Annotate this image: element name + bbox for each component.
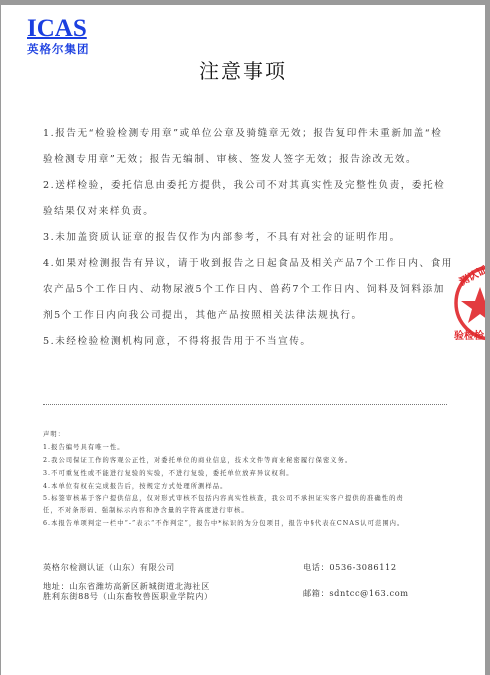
logo-mark: ICAS <box>27 17 90 41</box>
footer-contact: 电话：0536-3086112 邮箱：sdntcc@163.com <box>303 561 409 599</box>
dotted-divider <box>43 404 447 405</box>
phone-number: 电话：0536-3086112 <box>303 561 409 573</box>
address-line-1: 地址：山东省潍坊高新区新城街道北海社区 <box>43 581 283 591</box>
logo-subtitle: 英格尔集团 <box>27 42 90 56</box>
company-logo: ICAS 英格尔集团 <box>27 17 90 56</box>
declaration-item: 3.不可重复性或不能进行复验的实验，不进行复验，委托单位放弃异议权利。 <box>43 467 463 480</box>
declaration-item: 5.标签审核基于客户提供信息，仅对形式审核不包括内容真实性核查，我公司不承担证实… <box>43 493 463 504</box>
note-item: 1.报告无“检验检测专用章”或单位公章及骑缝章无效；报告复印件未重新加盖“检验检… <box>43 121 453 173</box>
notes-list: 1.报告无“检验检测专用章”或单位公章及骑缝章无效；报告复印件未重新加盖“检验检… <box>43 121 453 355</box>
email-address: 邮箱：sdntcc@163.com <box>303 587 409 599</box>
declaration-section: 声明： 1.报告编号具有唯一性。 2.我公司保证工作的客观公正性，对委托单位的商… <box>43 428 463 530</box>
document-page: ICAS 英格尔集团 注意事项 1.报告无“检验检测专用章”或单位公章及骑缝章无… <box>1 5 485 675</box>
declaration-item: 4.本单位有权在完成报告后，按规定方式处理所测样品。 <box>43 480 463 493</box>
page-title: 注意事项 <box>1 55 485 84</box>
note-item: 5.未经检验检测机构同意，不得将报告用于不当宣传。 <box>43 329 453 355</box>
svg-text:测认证: 测认证 <box>457 263 485 288</box>
note-item: 3.未加盖资质认证章的报告仅作为内部参考，不具有对社会的证明作用。 <box>43 225 453 251</box>
seal-stamp-icon: 测认证 验检检 <box>452 263 485 343</box>
svg-text:验检检: 验检检 <box>454 329 485 342</box>
company-name: 英格尔检测认证（山东）有限公司 <box>43 561 283 573</box>
address-line-2: 胜利东街88号（山东畜牧兽医职业学院内） <box>43 591 283 601</box>
viewer-scrollbar[interactable] <box>485 0 490 675</box>
declaration-item: 2.我公司保证工作的客观公正性，对委托单位的商业信息，技术文件等商业秘密履行保密… <box>43 454 463 467</box>
declaration-item-continued: 任，不对条形码、强制标示内容和净含量的字符高度进行审核。 <box>43 504 463 517</box>
note-item: 4.如果对检测报告有异议，请于收到报告之日起食品及相关产品7个工作日内、食用农产… <box>43 251 453 329</box>
declaration-item: 1.报告编号具有唯一性。 <box>43 441 463 454</box>
footer-company-info: 英格尔检测认证（山东）有限公司 地址：山东省潍坊高新区新城街道北海社区 胜利东街… <box>43 561 283 601</box>
declaration-heading: 声明： <box>43 428 463 441</box>
note-item: 2.送样检验，委托信息由委托方提供，我公司不对其真实性及完整性负责，委托检验结果… <box>43 173 453 225</box>
declaration-item: 6.本报告单项判定一栏中“-”表示“不作判定”，报告中*标识的为分包项目，报告中… <box>43 517 463 530</box>
